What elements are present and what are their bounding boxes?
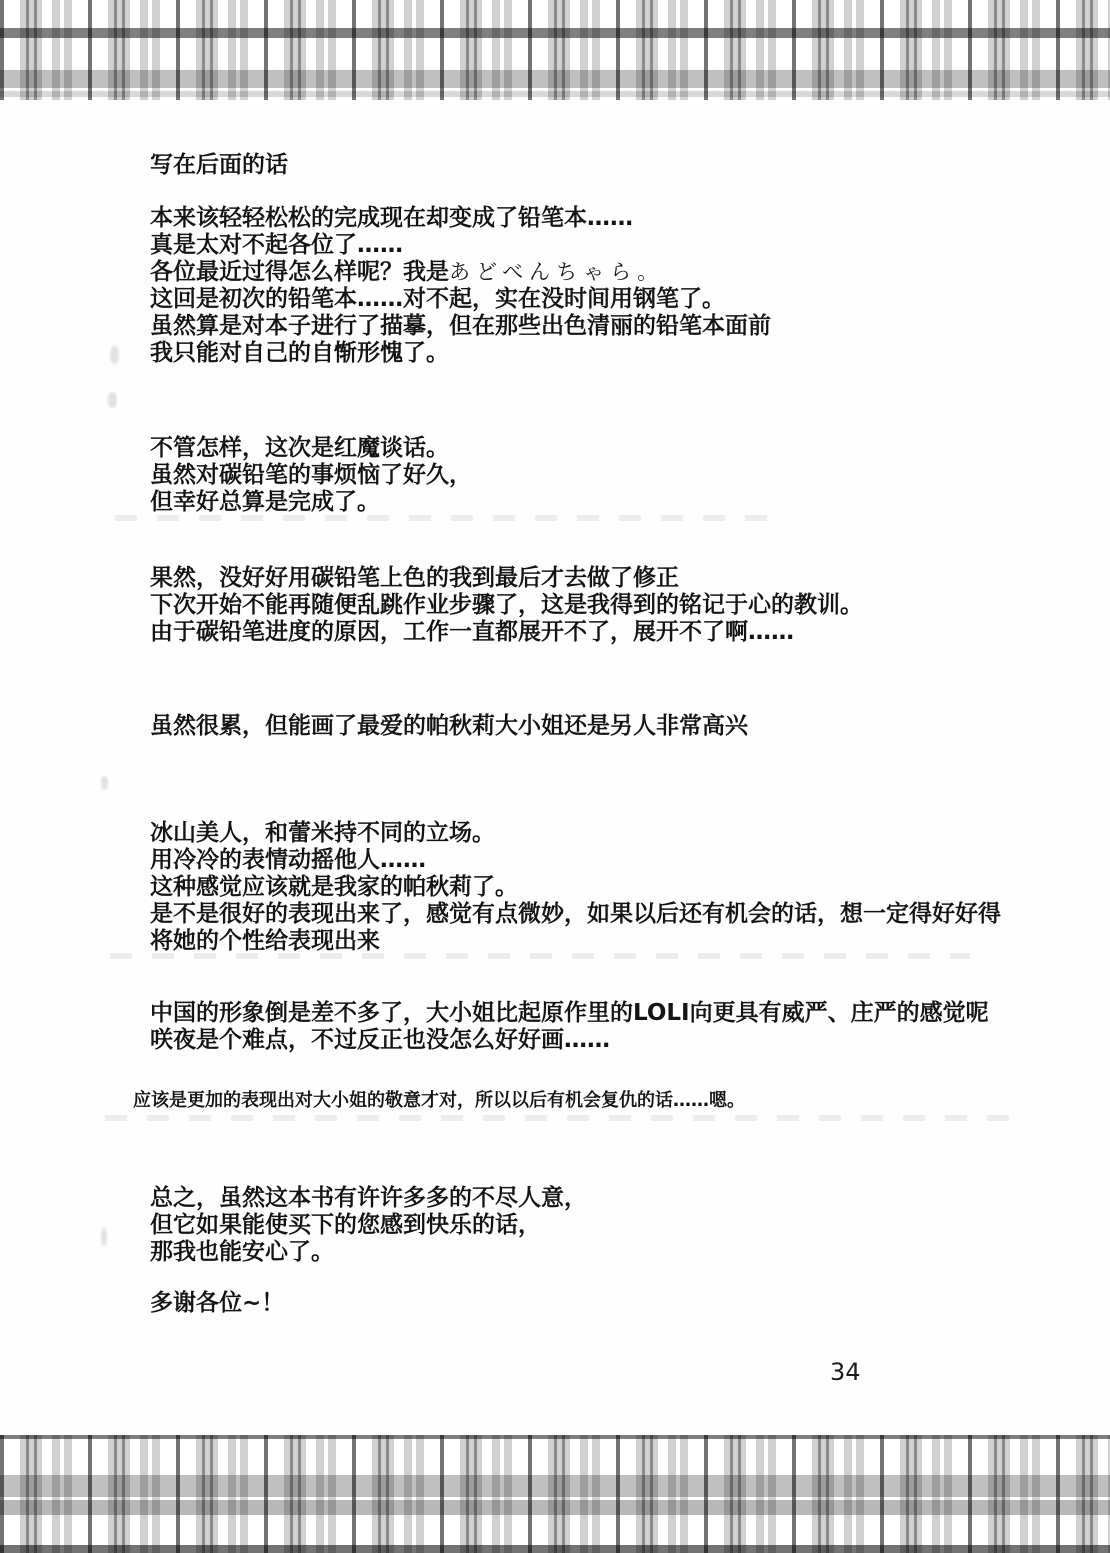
text-line: 是不是很好的表现出来了，感觉有点微妙，如果以后还有机会的话，想一定得好好得 xyxy=(150,901,1001,928)
scan-artifact-line xyxy=(115,515,785,521)
afterword-intro: 本来该轻轻松松的完成现在却变成了铅笔本…… 真是太对不起各位了…… 各位最近过得… xyxy=(150,205,771,367)
plaid-vertical-stripes xyxy=(0,0,1110,100)
afterword-thanks: 多谢各位~！ xyxy=(150,1290,284,1317)
plaid-border-top xyxy=(0,0,1110,100)
afterword-section-patchouli-character: 冰山美人，和蕾米持不同的立场。 用冷冷的表情动摇他人…… 这种感觉应该就是我家的… xyxy=(150,820,1001,955)
text-line: 虽然算是对本子进行了描摹，但在那些出色清丽的铅笔本面前 xyxy=(150,313,771,340)
scan-artifact-smudge xyxy=(110,346,119,364)
text-line: 但幸好总算是完成了。 xyxy=(150,489,472,516)
text-line: 这种感觉应该就是我家的帕秋莉了。 xyxy=(150,874,1001,901)
text-line: 这回是初次的铅笔本……对不起，实在没时间用钢笔了。 xyxy=(150,286,771,313)
afterword-section-meiling-sakuya: 中国的形象倒是差不多了，大小姐比起原作里的LOLI向更具有威严、庄严的感觉呢 咲… xyxy=(150,1000,989,1054)
text-line: 咲夜是个难点，不过反正也没怎么好好画…… xyxy=(150,1027,989,1054)
plaid-vertical-stripes xyxy=(0,1435,1110,1553)
scan-artifact-line xyxy=(105,1115,1025,1121)
text-line: 由于碳铅笔进度的原因，工作一直都展开不了，展开不了啊…… xyxy=(150,619,863,646)
page-title: 写在后面的话 xyxy=(150,152,288,179)
text-line: 多谢各位~！ xyxy=(150,1290,284,1317)
text-line: 不管怎样，这次是红魔谈话。 xyxy=(150,435,472,462)
afterword-note-small: 应该是更加的表现出对大小姐的敬意才对，所以以后有机会复仇的话……嗯。 xyxy=(133,1090,745,1112)
afterword-section-patchouli-joy: 虽然很累，但能画了最爱的帕秋莉大小姐还是另人非常高兴 xyxy=(150,713,748,740)
document-page: 写在后面的话 本来该轻轻松松的完成现在却变成了铅笔本…… 真是太对不起各位了……… xyxy=(0,0,1110,1553)
scan-artifact-line xyxy=(110,953,970,959)
text-line: 冰山美人，和蕾米持不同的立场。 xyxy=(150,820,1001,847)
afterword-section-pencil: 果然，没好好用碳铅笔上色的我到最后才去做了修正 下次开始不能再随便乱跳作业步骤了… xyxy=(150,565,863,646)
scan-artifact-smudge xyxy=(108,392,117,408)
text-line: 虽然对碳铅笔的事烦恼了好久， xyxy=(150,462,472,489)
text-line: 虽然很累，但能画了最爱的帕秋莉大小姐还是另人非常高兴 xyxy=(150,713,748,740)
text-line: 但它如果能使买下的您感到快乐的话， xyxy=(150,1212,587,1239)
afterword-closing: 总之，虽然这本书有许许多多的不尽人意， 但它如果能使买下的您感到快乐的话， 那我… xyxy=(150,1185,587,1266)
text-line: 将她的个性给表现出来 xyxy=(150,928,1001,955)
plaid-border-bottom xyxy=(0,1435,1110,1553)
text-line-greeting: 各位最近过得怎么样呢？我是あどべんちゃら。 xyxy=(150,259,771,286)
text-line: 中国的形象倒是差不多了，大小姐比起原作里的LOLI向更具有威严、庄严的感觉呢 xyxy=(150,1000,989,1027)
scan-artifact-smudge xyxy=(101,1228,107,1246)
text-line: 总之，虽然这本书有许许多多的不尽人意， xyxy=(150,1185,587,1212)
scan-artifact-smudge xyxy=(101,776,108,790)
text-line: 我只能对自己的自惭形愧了。 xyxy=(150,340,771,367)
text-line: 本来该轻轻松松的完成现在却变成了铅笔本…… xyxy=(150,205,771,232)
text-line: 真是太对不起各位了…… xyxy=(150,232,771,259)
greeting-prefix: 各位最近过得怎么样呢？我是 xyxy=(150,259,449,285)
text-line: 应该是更加的表现出对大小姐的敬意才对，所以以后有机会复仇的话……嗯。 xyxy=(133,1090,745,1112)
afterword-section-koumakan: 不管怎样，这次是红魔谈话。 虽然对碳铅笔的事烦恼了好久， 但幸好总算是完成了。 xyxy=(150,435,472,516)
text-line: 果然，没好好用碳铅笔上色的我到最后才去做了修正 xyxy=(150,565,863,592)
text-line: 那我也能安心了。 xyxy=(150,1239,587,1266)
text-line: 下次开始不能再随便乱跳作业步骤了，这是我得到的铭记于心的教训。 xyxy=(150,592,863,619)
page-number: 34 xyxy=(830,1358,861,1386)
author-name-kana: あどべんちゃら。 xyxy=(449,260,664,284)
text-line: 用冷冷的表情动摇他人…… xyxy=(150,847,1001,874)
